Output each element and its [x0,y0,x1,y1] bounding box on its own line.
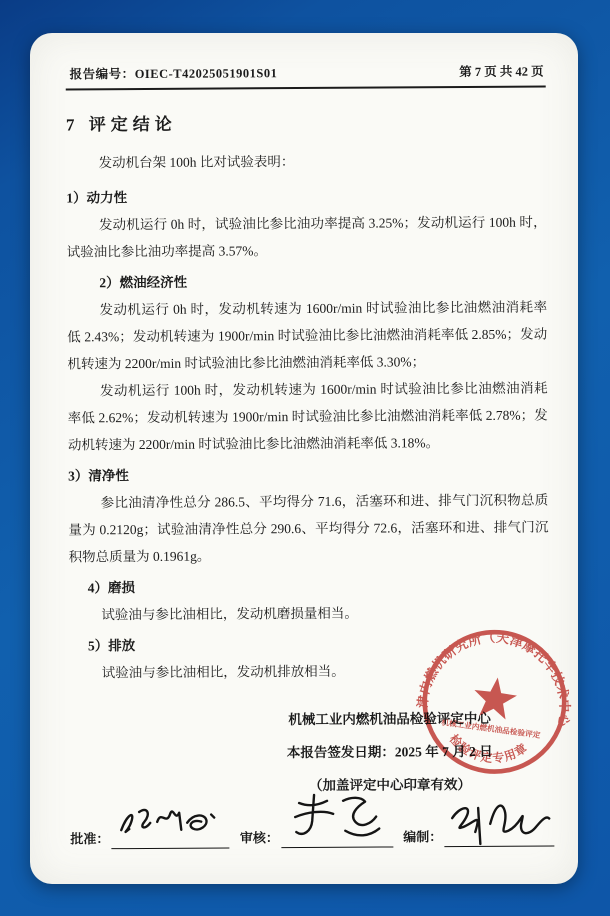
official-seal: 天津内燃机研究所（天津摩托车技术中心） 机械工业内燃机油品检验评定 检验评定专用… [402,610,586,794]
prepare-signature [444,793,554,847]
photo-background: { "header": { "report_label": "报告编号：", "… [0,0,610,916]
approve-label: 批准： [70,828,109,849]
heading-fuel-economy: 2）燃油经济性 [67,267,547,297]
paragraph-fuel-100h: 发动机运行 100h 时，发动机转速为 1600r/min 时试验油比参比油燃油… [68,375,548,459]
heading-wear: 4）磨损 [69,572,549,602]
report-page: 报告编号：OIEC-T42025051901S01 第 7 页 共 42 页 7… [30,33,578,884]
heading-cleanliness: 3）清净性 [68,460,548,490]
report-number-label: 报告编号： [70,67,135,81]
report-number: 报告编号：OIEC-T42025051901S01 [70,63,278,82]
approve-signature [111,797,229,849]
page-indicator: 第 7 页 共 42 页 [459,62,543,81]
seal-star-icon [471,675,519,721]
heading-power: 1）动力性 [66,182,546,212]
intro-paragraph: 发动机台架 100h 比对试验表明： [66,147,546,177]
prepare-signature-block: 编制： [403,793,554,847]
report-header: 报告编号：OIEC-T42025051901S01 第 7 页 共 42 页 [66,62,546,91]
report-number-value: OIEC-T42025051901S01 [135,66,278,81]
paragraph-power: 发动机运行 0h 时，试验油比参比油功率提高 3.25%；发动机运行 100h … [66,209,546,266]
section-title: 7 评定结论 [66,108,546,136]
approve-signature-block: 批准： [70,797,229,849]
paragraph-fuel-0h: 发动机运行 0h 时，发动机转速为 1600r/min 时试验油比参比油燃油消耗… [67,294,547,378]
review-label: 审核： [240,827,279,848]
prepare-label: 编制： [403,826,442,847]
report-page-content: 报告编号：OIEC-T42025051901S01 第 7 页 共 42 页 7… [27,31,580,885]
paragraph-cleanliness: 参比油清净性总分 286.5、平均得分 71.6，活塞环和进、排气门沉积物总质量… [68,487,548,571]
